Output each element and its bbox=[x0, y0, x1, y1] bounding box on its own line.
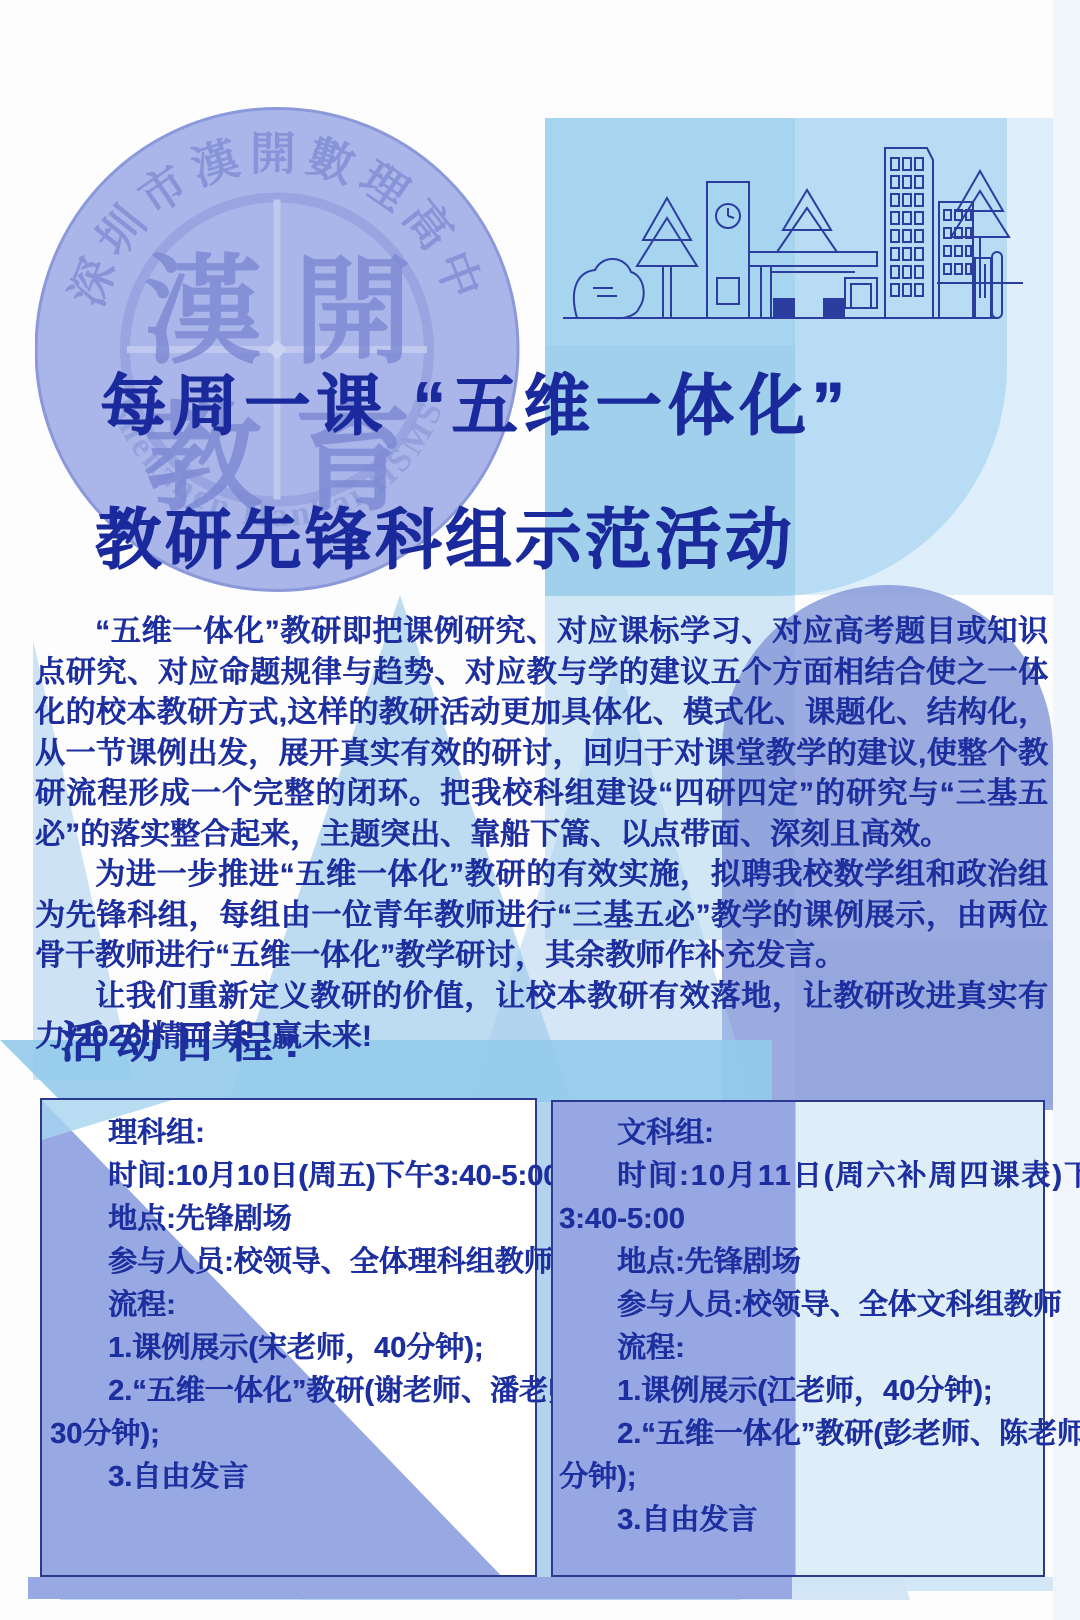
intro-paragraph-1: “五维一体化”教研即把课例研究、对应课标学习、对应高考题目或知识点研究、对应命题… bbox=[35, 612, 1048, 855]
fir-tree-icon bbox=[777, 190, 837, 252]
poster-title-line-1: 每周一课 “五维一体化” bbox=[100, 352, 850, 447]
schedule-line: 参与人员:校领导、全体理科组教师 bbox=[50, 1241, 527, 1284]
schedule-line: 30分钟); bbox=[50, 1413, 527, 1456]
bottom-strip bbox=[792, 1577, 1053, 1591]
schedule-line: 3:40-5:00 bbox=[559, 1198, 1037, 1241]
schedule-line: 2.“五维一体化”教研(彭老师、陈老师，30 bbox=[559, 1413, 1037, 1456]
schedule-line: 文科组: bbox=[559, 1112, 1037, 1155]
schedule-line: 1.课例展示(江老师，40分钟); bbox=[559, 1370, 1037, 1413]
schedule-line: 地点:先锋剧场 bbox=[559, 1241, 1037, 1284]
schedule-heading: 活动日程: bbox=[60, 1006, 311, 1070]
schedule-line: 时间:10月10日(周五)下午3:40-5:00 bbox=[50, 1155, 527, 1198]
schedule-line: 参与人员:校领导、全体文科组教师 bbox=[559, 1284, 1037, 1327]
right-margin-band bbox=[1053, 0, 1080, 1620]
schedule-line: 地点:先锋剧场 bbox=[50, 1198, 527, 1241]
tall-building-icon bbox=[885, 148, 933, 318]
intro-section: “五维一体化”教研即把课例研究、对应课标学习、对应高考题目或知识点研究、对应命题… bbox=[35, 612, 1048, 1058]
schedule-line: 1.课例展示(宋老师，40分钟); bbox=[50, 1327, 527, 1370]
fir-tree-icon bbox=[637, 198, 697, 318]
fence-icon bbox=[773, 298, 845, 318]
poster-canvas: 深圳市漢開數理高中 Shenzhen Hankai HSMS 漢 開 教 育 bbox=[0, 0, 1080, 1620]
schedule-line: 分钟); bbox=[559, 1456, 1037, 1499]
schedule-line: 时间:10月11日(周六补周四课表)下午 bbox=[559, 1155, 1037, 1198]
schedule-line: 流程: bbox=[559, 1327, 1037, 1370]
schedule-line: 理科组: bbox=[50, 1112, 527, 1155]
pine-tree-icon bbox=[935, 165, 1025, 295]
clock-tower-icon bbox=[707, 182, 749, 318]
rock-icon bbox=[574, 259, 644, 318]
arts-group-panel: 文科组: 时间:10月11日(周六补周四课表)下午 3:40-5:00 地点:先… bbox=[551, 1100, 1045, 1577]
schedule-line: 流程: bbox=[50, 1284, 527, 1327]
school-gate-icon bbox=[749, 252, 877, 318]
schedule-line: 2.“五维一体化”教研(谢老师、潘老师， bbox=[50, 1370, 527, 1413]
schedule-line: 3.自由发言 bbox=[559, 1499, 1037, 1542]
science-group-panel: 理科组: 时间:10月10日(周五)下午3:40-5:00 地点:先锋剧场 参与… bbox=[40, 1098, 537, 1577]
bottom-strip bbox=[28, 1577, 792, 1599]
poster-title-line-2: 教研先锋科组示范活动 bbox=[95, 486, 795, 581]
intro-paragraph-2: 为进一步推进“五维一体化”教研的有效实施，拟聘我校数学组和政治组为先锋科组，每组… bbox=[35, 855, 1048, 977]
schedule-line: 3.自由发言 bbox=[50, 1456, 527, 1499]
